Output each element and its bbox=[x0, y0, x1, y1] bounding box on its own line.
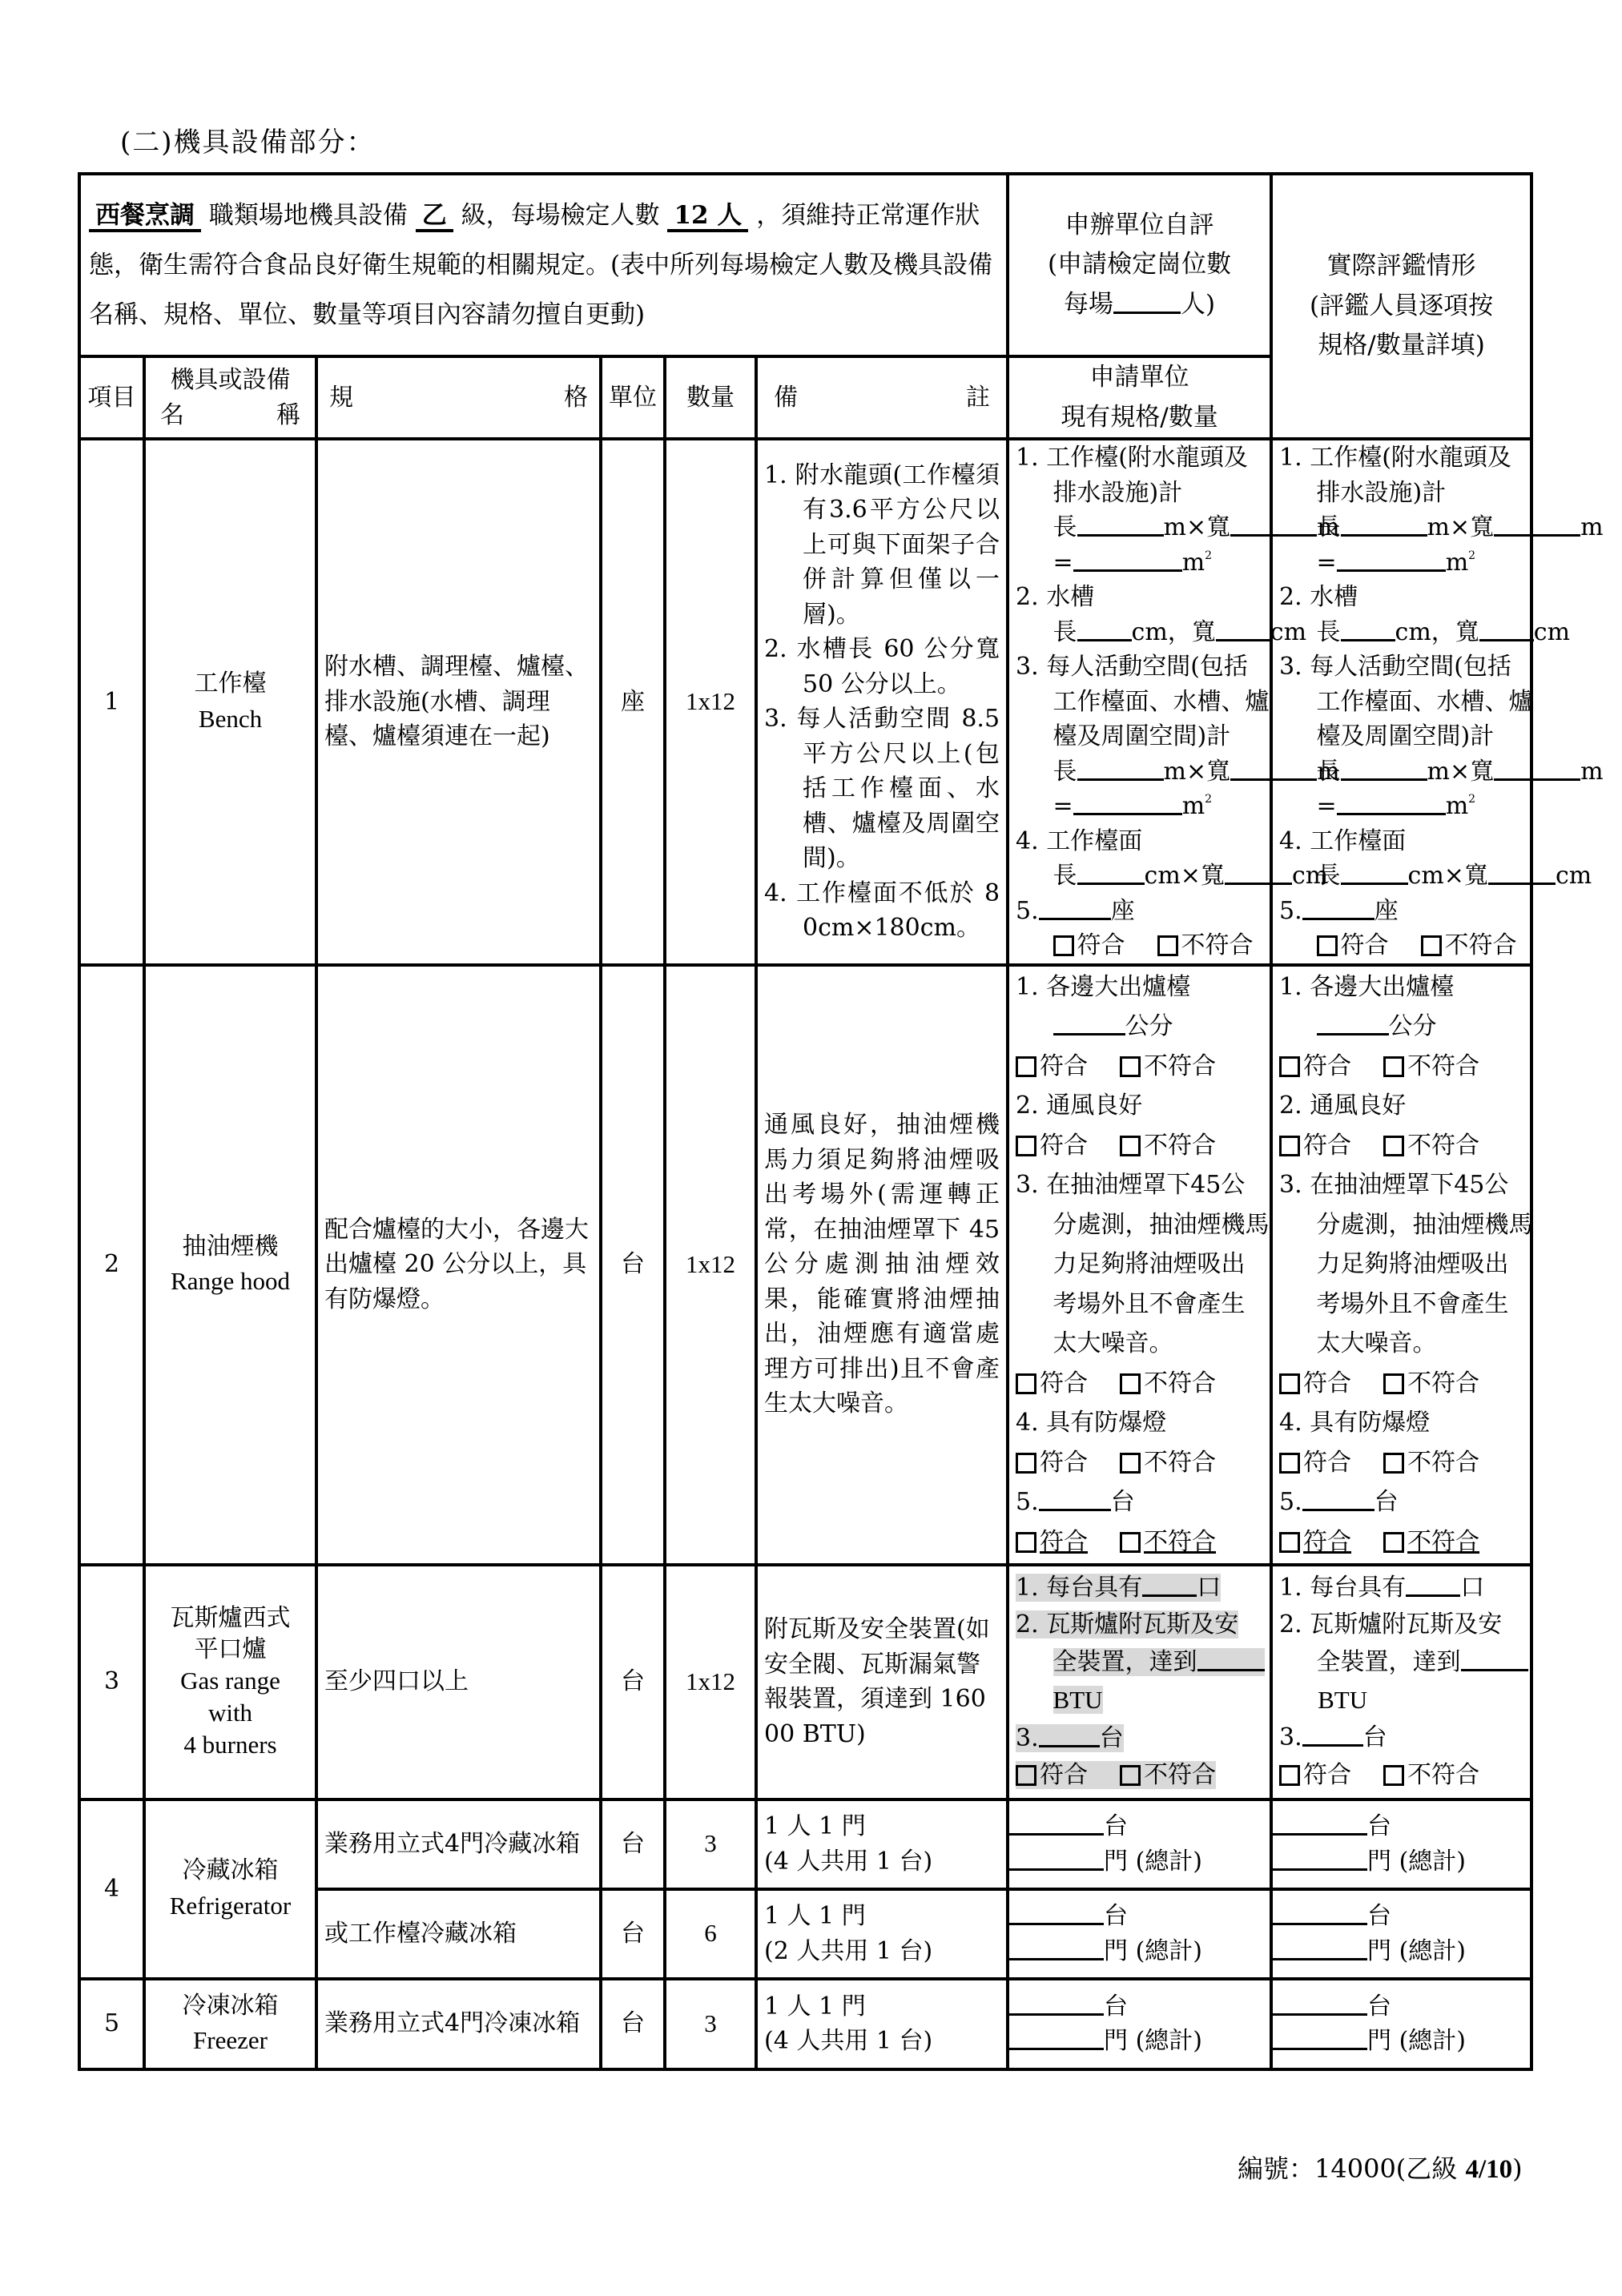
intro-cell: 西餐烹調 職類場地機具設備 乙 級，每場檢定人數 12 人 ，須維持正常運作狀態… bbox=[79, 174, 1008, 356]
level: 乙 bbox=[416, 202, 453, 232]
actual-fill-hood: 1. 各邊大出爐檯 公分 符合不符合 2. 通風良好 符合不符合 3. 在抽油煙… bbox=[1271, 965, 1531, 1565]
actual-eval-header: 實際評鑑情形 (評鑑人員逐項按 規格/數量詳填) bbox=[1271, 174, 1531, 439]
actual-fill-gas: 1. 每台具有口 2. 瓦斯爐附瓦斯及安 全裝置，達到 BTU 3.台 符合不符… bbox=[1271, 1565, 1531, 1799]
exam-count: 12 人 bbox=[667, 202, 748, 232]
table-row: 1 工作檯 Bench 附水槽、調理檯、爐檯、排水設施(水槽、調理檯、爐檯須連在… bbox=[79, 439, 1531, 965]
col-note: 備註 bbox=[756, 356, 1008, 439]
fail-checkbox[interactable] bbox=[1157, 935, 1178, 956]
table-row: 4 冷藏冰箱 Refrigerator 業務用立式4門冷藏冰箱 台 3 1 人 … bbox=[79, 1799, 1531, 1889]
table-row: 2 抽油煙機 Range hood 配合爐檯的大小，各邊大出爐檯 20 公分以上… bbox=[79, 965, 1531, 1565]
page-footer: 編號：14000(乙級 4/10) bbox=[1238, 2149, 1523, 2185]
self-eval-header: 申辦單位自評 (申請檢定崗位數 每場人) bbox=[1008, 174, 1271, 356]
fail-checkbox[interactable] bbox=[1421, 935, 1442, 956]
pass-checkbox[interactable] bbox=[1317, 935, 1338, 956]
section-title: (二)機具設備部分： bbox=[120, 120, 376, 159]
applicant-fill-bench: 1. 工作檯(附水龍頭及 排水設施)計 長m×寬m =m2 2. 水槽 長cm，… bbox=[1008, 439, 1271, 965]
col-qty: 數量 bbox=[665, 356, 756, 439]
pass-checkbox[interactable] bbox=[1053, 935, 1074, 956]
page-number: 4/10 bbox=[1465, 2155, 1512, 2184]
applicant-fill-gas: 1. 每台具有口 2. 瓦斯爐附瓦斯及安 全裝置，達到 BTU 3.台 符合不符… bbox=[1008, 1565, 1271, 1799]
col-spec: 規格 bbox=[316, 356, 601, 439]
trade-name: 西餐烹調 bbox=[89, 202, 201, 232]
col-unit: 單位 bbox=[601, 356, 665, 439]
table-row: 5 冷凍冰箱 Freezer 業務用立式4門冷凍冰箱 台 3 1 人 1 門(4… bbox=[79, 1979, 1531, 2069]
col-item: 項目 bbox=[79, 356, 144, 439]
col-name: 機具或設備 名稱 bbox=[144, 356, 316, 439]
stations-blank[interactable] bbox=[1113, 287, 1181, 314]
applicant-fill-hood: 1. 各邊大出爐檯 公分 符合不符合 2. 通風良好 符合不符合 3. 在抽油煙… bbox=[1008, 965, 1271, 1565]
col-applicant: 申請單位 現有規格/數量 bbox=[1008, 356, 1271, 439]
table-row: 3 瓦斯爐西式 平口爐 Gas range with 4 burners 至少四… bbox=[79, 1565, 1531, 1799]
equipment-table: 西餐烹調 職類場地機具設備 乙 級，每場檢定人數 12 人 ，須維持正常運作狀態… bbox=[78, 172, 1533, 2071]
